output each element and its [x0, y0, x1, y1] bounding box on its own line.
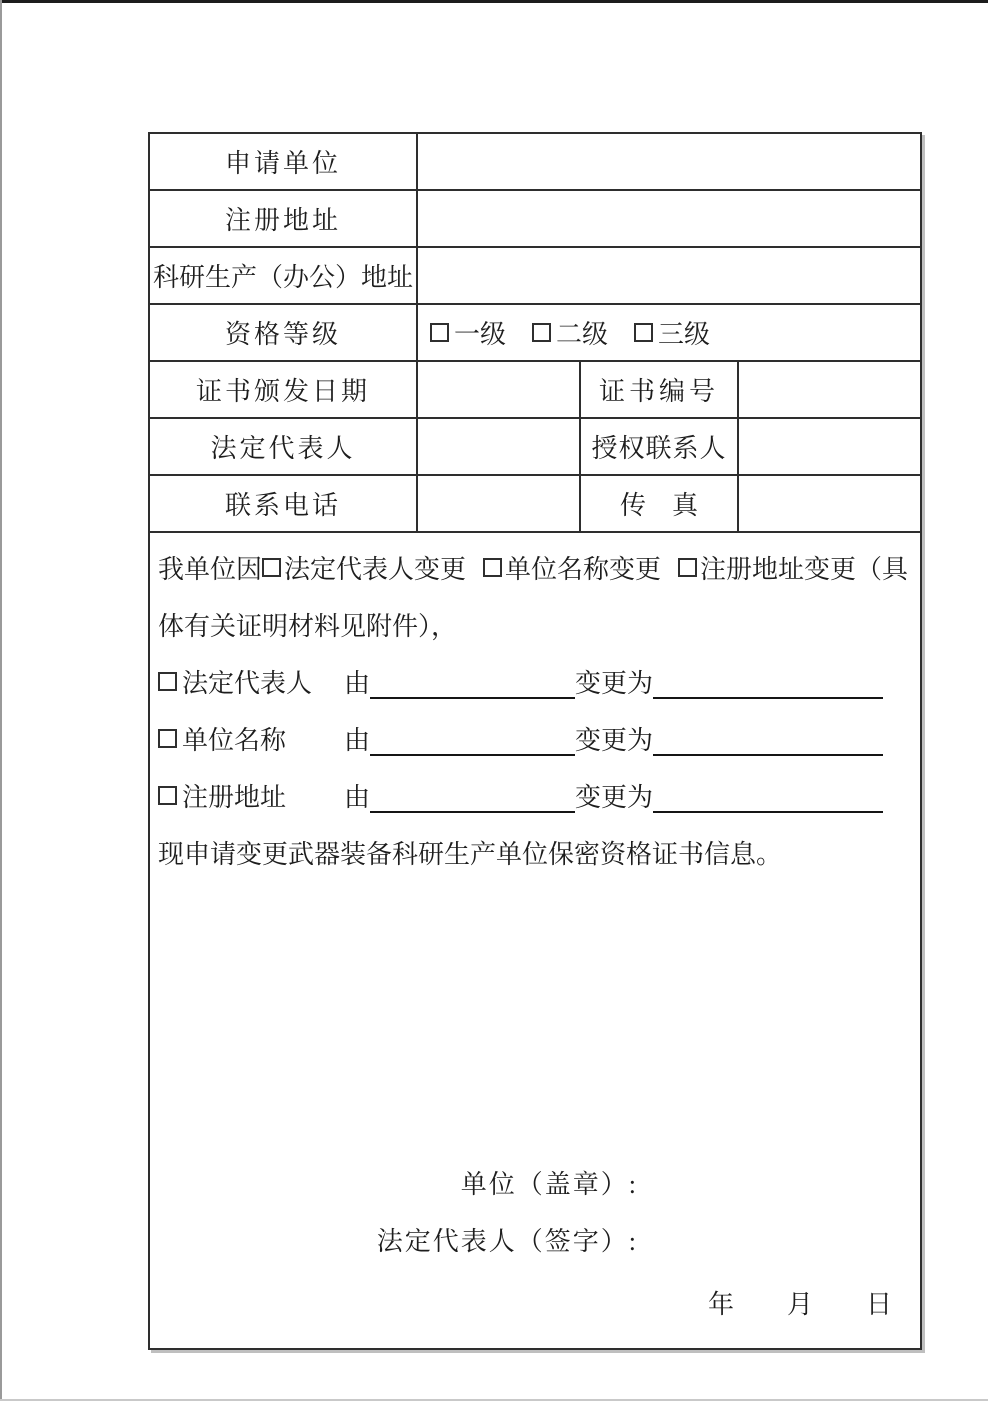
contact-phone-value-cell[interactable]: [418, 476, 581, 531]
level-2-option: 二级: [532, 314, 608, 351]
change-row-registered-address: 注册地址 由 变更为: [158, 767, 910, 824]
registered-address-label: 注册地址: [150, 191, 418, 246]
applicant-unit-label: 申请单位: [150, 134, 418, 189]
from-label: 由: [344, 663, 370, 700]
level-1-checkbox-icon[interactable]: [430, 323, 449, 342]
change-registered-address-label: 注册地址: [182, 777, 286, 814]
table-row: 证书颁发日期 证书编号: [150, 362, 920, 419]
to-label: 变更为: [575, 720, 653, 757]
page-left-edge-line: [0, 0, 2, 1401]
signature-block: 单位（盖章）: 法定代表人（签字）:: [148, 1156, 638, 1270]
registered-address-value-cell[interactable]: [418, 191, 920, 246]
change-registered-address-checkbox-icon[interactable]: [158, 786, 177, 805]
statement-line-2: 体有关证明材料见附件），: [158, 596, 910, 653]
certificate-number-label: 证书编号: [581, 362, 739, 417]
table-row: 申请单位: [150, 134, 920, 191]
statement-line-1: 我单位因 法定代表人变更 单位名称变更 注册地址变更（具: [158, 539, 910, 596]
from-label: 由: [344, 720, 370, 757]
change-row-head: 注册地址: [158, 777, 344, 814]
level-3-option: 三级: [634, 314, 710, 351]
qualification-level-options-cell: 一级 二级 三级: [418, 305, 920, 360]
level-2-option-label: 二级: [556, 314, 608, 351]
certificate-number-value-cell[interactable]: [739, 362, 920, 417]
legal-representative-label: 法定代表人: [150, 419, 418, 474]
certificate-issue-date-value-cell[interactable]: [418, 362, 581, 417]
reason-registered-address-label: 注册地址变更（具: [700, 549, 908, 586]
reason-unit-name-checkbox-icon[interactable]: [483, 558, 502, 577]
reason-legal-representative-label: 法定代表人变更: [284, 549, 466, 586]
statement-prefix: 我单位因: [158, 549, 262, 586]
change-row-unit-name: 单位名称 由 变更为: [158, 710, 910, 767]
reason-unit-name-label: 单位名称变更: [505, 549, 661, 586]
page-top-edge-line: [0, 0, 988, 3]
change-row-legal-representative: 法定代表人 由 变更为: [158, 653, 910, 710]
legal-representative-value-cell[interactable]: [418, 419, 581, 474]
production-office-address-label: 科研生产（办公）地址: [150, 248, 418, 303]
applicant-unit-value-cell[interactable]: [418, 134, 920, 189]
level-3-option-label: 三级: [658, 314, 710, 351]
qualification-level-label: 资格等级: [150, 305, 418, 360]
change-row-head: 单位名称: [158, 720, 344, 757]
to-blank-line[interactable]: [653, 751, 883, 756]
from-blank-line[interactable]: [370, 694, 575, 699]
from-blank-line[interactable]: [370, 808, 575, 813]
authorized-contact-value-cell[interactable]: [739, 419, 920, 474]
statement-closing-line: 现申请变更武器装备科研生产单位保密资格证书信息。: [158, 824, 910, 881]
change-legal-representative-label: 法定代表人: [182, 663, 312, 700]
to-label: 变更为: [575, 777, 653, 814]
authorized-contact-label: 授权联系人: [581, 419, 739, 474]
contact-phone-label: 联系电话: [150, 476, 418, 531]
year-label: 年: [708, 1284, 734, 1321]
change-unit-name-label: 单位名称: [182, 720, 286, 757]
fax-label: 传 真: [581, 476, 739, 531]
level-1-option: 一级: [430, 314, 506, 351]
to-blank-line[interactable]: [653, 808, 883, 813]
reason-legal-representative-checkbox-icon[interactable]: [262, 558, 281, 577]
legal-representative-sign-line: 法定代表人（签字）:: [148, 1213, 638, 1270]
unit-seal-line: 单位（盖章）:: [148, 1156, 638, 1213]
day-label: 日: [866, 1284, 892, 1321]
reason-registered-address-checkbox-icon[interactable]: [678, 558, 697, 577]
change-unit-name-checkbox-icon[interactable]: [158, 729, 177, 748]
table-row: 法定代表人 授权联系人: [150, 419, 920, 476]
level-1-option-label: 一级: [454, 314, 506, 351]
certificate-issue-date-label: 证书颁发日期: [150, 362, 418, 417]
form-page: 申请单位 注册地址 科研生产（办公）地址 资格等级 一级 二级: [0, 0, 988, 1401]
change-legal-representative-checkbox-icon[interactable]: [158, 672, 177, 691]
level-3-checkbox-icon[interactable]: [634, 323, 653, 342]
table-row: 科研生产（办公）地址: [150, 248, 920, 305]
level-2-checkbox-icon[interactable]: [532, 323, 551, 342]
production-office-address-value-cell[interactable]: [418, 248, 920, 303]
fax-value-cell[interactable]: [739, 476, 920, 531]
from-blank-line[interactable]: [370, 751, 575, 756]
to-label: 变更为: [575, 663, 653, 700]
to-blank-line[interactable]: [653, 694, 883, 699]
table-row: 资格等级 一级 二级 三级: [150, 305, 920, 362]
from-label: 由: [344, 777, 370, 814]
table-row: 联系电话 传 真: [150, 476, 920, 533]
month-label: 月: [787, 1284, 813, 1321]
change-row-head: 法定代表人: [158, 663, 344, 700]
table-row: 注册地址: [150, 191, 920, 248]
date-line: 年 月 日: [600, 1278, 892, 1326]
